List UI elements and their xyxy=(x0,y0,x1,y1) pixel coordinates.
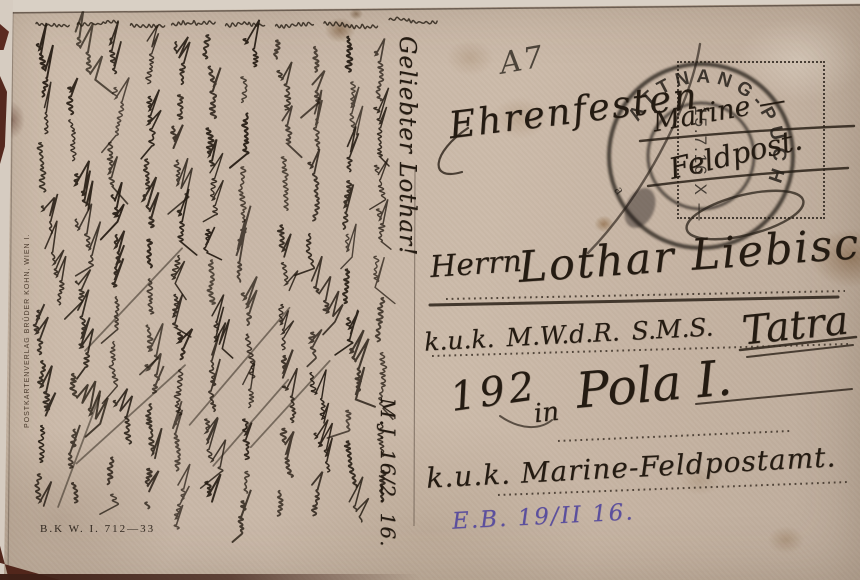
address-prefix: Herrn xyxy=(429,247,523,283)
printer-mark: B.K W. I. 712—33 xyxy=(40,524,155,535)
dark-edge-bottom xyxy=(0,574,420,580)
message-date-vertical: M.J. 16/2. 16. xyxy=(378,398,398,547)
address-city: Pola I. xyxy=(574,353,734,415)
address-number: 192 xyxy=(448,366,541,418)
postcard-photo: { "message": { "salutation": "Geliebter … xyxy=(0,0,860,580)
message-salutation-vertical: Geliebter Lothar! xyxy=(395,36,418,256)
address-ship: Tatra xyxy=(740,301,850,352)
pencil-sorting-note: A7 xyxy=(498,42,547,79)
publisher-imprint-vertical: POSTKARTENVERLAG BRÜDER KOHN, WIEN I. xyxy=(24,234,31,428)
address-in-word: in xyxy=(533,399,561,427)
